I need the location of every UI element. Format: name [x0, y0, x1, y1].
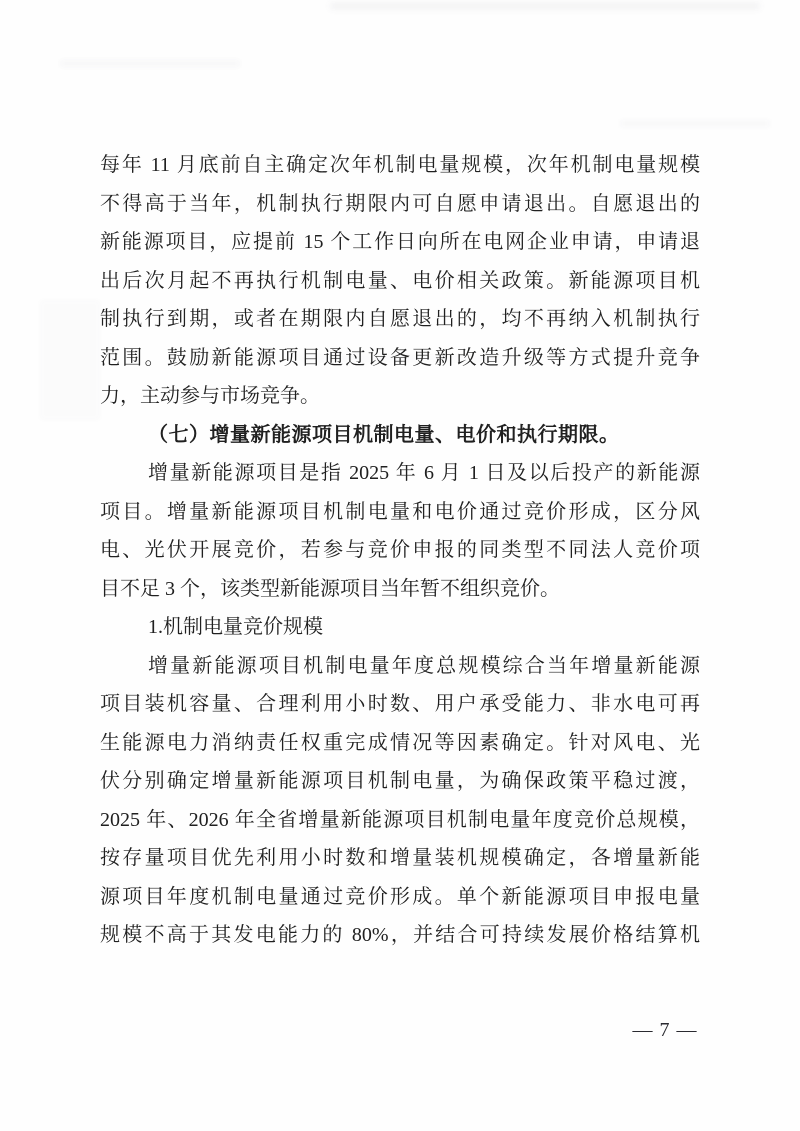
text-line: 新能源项目，应提前 15 个工作日向所在电网企业申请，申请退	[100, 223, 700, 262]
scan-artifact	[330, 2, 760, 10]
text-line: 项目。增量新能源项目机制电量和电价通过竞价形成，区分风	[100, 493, 700, 532]
text-line: 目不足 3 个，该类型新能源项目当年暂不组织竞价。	[100, 570, 700, 609]
text-line: 范围。鼓励新能源项目通过设备更新改造升级等方式提升竞争	[100, 339, 700, 378]
text-line: 出后次月起不再执行机制电量、电价相关政策。新能源项目机	[100, 262, 700, 301]
text-line: 增量新能源项目机制电量年度总规模综合当年增量新能源	[100, 647, 700, 686]
body-text: 每年 11 月底前自主确定次年机制电量规模，次年机制电量规模 不得高于当年，机制…	[100, 146, 700, 955]
text-line: 伏分别确定增量新能源项目机制电量，为确保政策平稳过渡，	[100, 762, 700, 801]
text-line: 不得高于当年，机制执行期限内可自愿申请退出。自愿退出的	[100, 185, 700, 224]
text-line: 力，主动参与市场竞争。	[100, 377, 700, 416]
sub-heading: 1.机制电量竞价规模	[100, 608, 700, 647]
text-line: 每年 11 月底前自主确定次年机制电量规模，次年机制电量规模	[100, 146, 700, 185]
text-line: 按存量项目优先利用小时数和增量装机规模确定，各增量新能	[100, 839, 700, 878]
text-line: 电、光伏开展竞价，若参与竞价申报的同类型不同法人竞价项	[100, 531, 700, 570]
scan-artifact	[620, 120, 770, 127]
text-line: 制执行到期，或者在期限内自愿退出的，均不再纳入机制执行	[100, 300, 700, 339]
text-line: 生能源电力消纳责任权重完成情况等因素确定。针对风电、光	[100, 724, 700, 763]
document-page: 每年 11 月底前自主确定次年机制电量规模，次年机制电量规模 不得高于当年，机制…	[0, 0, 800, 1131]
scan-artifact	[60, 60, 240, 67]
text-line: 项目装机容量、合理利用小时数、用户承受能力、非水电可再	[100, 685, 700, 724]
scan-artifact	[40, 300, 100, 420]
text-line: 2025 年、2026 年全省增量新能源项目机制电量年度竞价总规模，	[100, 801, 700, 840]
text-line: 源项目年度机制电量通过竞价形成。单个新能源项目申报电量	[100, 878, 700, 917]
text-line: 规模不高于其发电能力的 80%，并结合可持续发展价格结算机	[100, 916, 700, 955]
page-number: — 7 —	[600, 1013, 730, 1047]
text-line: 增量新能源项目是指 2025 年 6 月 1 日及以后投产的新能源	[100, 454, 700, 493]
section-heading: （七）增量新能源项目机制电量、电价和执行期限。	[100, 416, 700, 455]
